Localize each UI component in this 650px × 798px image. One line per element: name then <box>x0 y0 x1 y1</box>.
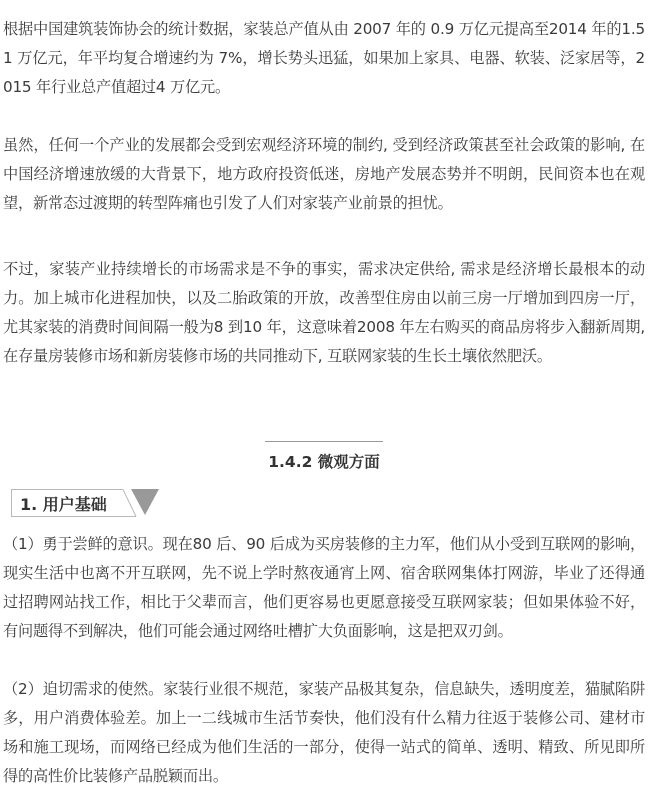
subsection-heading: 1. 用户基础 <box>11 488 159 518</box>
section-divider <box>265 441 383 442</box>
heading-slant-edge <box>119 489 137 517</box>
paragraph-industry-output: 根据中国建筑装饰协会的统计数据，家装总产值从由 2007 年的 0.9 万亿元提… <box>3 15 645 102</box>
paragraph-user-awareness: （1）勇于尝鲜的意识。现在80 后、90 后成为买房装修的主力军，他们从小受到互… <box>3 530 645 646</box>
subsection-title-box: 1. 用户基础 <box>11 489 119 517</box>
paragraph-economic-constraints: 虽然，任何一个产业的发展都会受到宏观经济环境的制约, 受到经济政策甚至社会政策的… <box>3 131 645 218</box>
paragraph-market-demand: 不过，家装产业持续增长的市场需求是不争的事实，需求决定供给, 需求是经济增长最根… <box>3 255 645 371</box>
section-title: 1.4.2 微观方面 <box>3 450 645 474</box>
paragraph-urgent-demand: （2）迫切需求的使然。家装行业很不规范，家装产品极其复杂，信息缺失，透明度差，猫… <box>3 675 645 791</box>
subsection-title: 1. 用户基础 <box>20 492 107 515</box>
